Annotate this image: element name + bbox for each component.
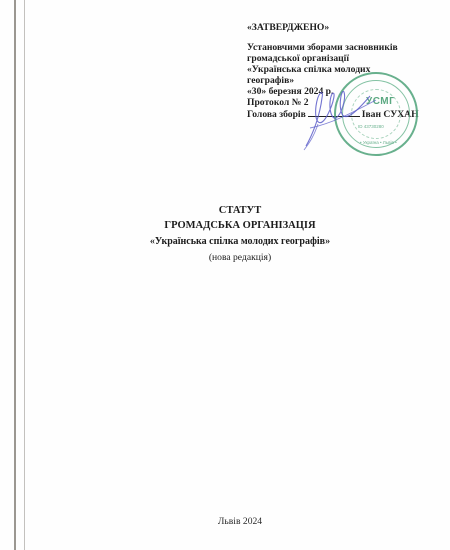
document-page: «ЗАТВЕРДЖЕНО» Установчими зборами заснов…	[0, 0, 450, 550]
title-block: СТАТУТ ГРОМАДСЬКА ОРГАНІЗАЦІЯ «Українськ…	[0, 203, 450, 266]
handwritten-signature-icon	[300, 84, 380, 154]
approval-line: громадської організації	[247, 53, 447, 64]
organization-type: ГРОМАДСЬКА ОРГАНІЗАЦІЯ	[30, 218, 450, 234]
approval-line: Установчими зборами засновників	[247, 42, 447, 53]
edition-note: (нова редакція)	[30, 250, 450, 266]
city-year-text: Львів 2024	[218, 516, 262, 527]
page-edge-line	[14, 0, 16, 550]
approval-line: «Українська спілка молодих	[247, 64, 447, 75]
document-type: СТАТУТ	[30, 203, 450, 218]
approval-heading: «ЗАТВЕРДЖЕНО»	[247, 22, 447, 33]
organization-name: «Українська спілка молодих географів»	[30, 234, 450, 250]
spacer	[247, 33, 447, 42]
chair-label: Голова зборів	[247, 109, 306, 120]
page-edge-line-inner	[24, 0, 25, 550]
city-year: Львів 2024	[0, 516, 450, 527]
